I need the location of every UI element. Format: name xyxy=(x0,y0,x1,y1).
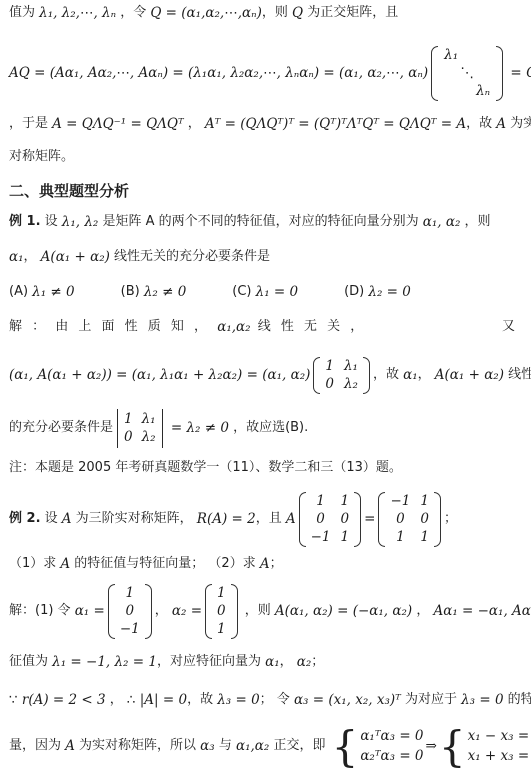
text-run: ，于是 xyxy=(9,116,52,132)
example1-determinant-line: 的充分必要条件是 1λ₁ 0λ₂ = λ₂ ≠ 0 ，故应选(B). xyxy=(9,409,529,448)
matrix-cell: λ₁ xyxy=(344,358,358,375)
math-run: A(α₁ + α₂) xyxy=(41,249,110,266)
math-run: λ₁, λ₂,⋯, λₙ xyxy=(39,5,116,22)
matrix-cells: 1λ₁ 0λ₂ xyxy=(322,357,361,394)
equation-system-x: { x₁ − x₃ = 0 x₁ + x₃ = 0 xyxy=(439,728,531,765)
text-run: 对称矩阵。 xyxy=(9,149,74,165)
det-cell: λ₂ xyxy=(142,429,156,446)
matrix-cell: λ₁ xyxy=(444,47,458,64)
vector-alpha2: 1 0 1 xyxy=(205,584,238,639)
vector-cell: 1 xyxy=(217,621,226,638)
right-paren xyxy=(145,584,152,639)
vector-cell: 1 xyxy=(217,585,226,602)
vector-alpha1: 1 0 −1 xyxy=(108,584,152,639)
example1-solution-formula: (α₁, A(α₁ + α₂)) = (α₁, λ₁α₁ + λ₂α₂) = (… xyxy=(9,357,529,394)
example2-solution-vectors: 解：(1) 令 α₁ = 1 0 −1 ， α₂ = 1 0 1 ，则 A(α₁… xyxy=(9,584,529,639)
math-run: λ₁, λ₂ xyxy=(62,214,99,231)
text-run: ， xyxy=(106,692,127,708)
det-cell: λ₁ xyxy=(142,411,156,428)
matrix-cell: 1 xyxy=(341,493,350,510)
matrix-cell: 0 xyxy=(325,376,334,393)
system-equation: α₂ᵀα₃ = 0 xyxy=(360,748,423,765)
math-run: Aᵀ = (QΛQᵀ)ᵀ = (Qᵀ)ᵀΛᵀQᵀ = QΛQᵀ = A xyxy=(205,116,466,133)
math-run: A xyxy=(62,511,72,528)
text-run: 为对应于 xyxy=(401,692,461,708)
text-run: 设 xyxy=(41,214,62,230)
matrix-cell: 1 xyxy=(325,358,334,375)
example2-label: 例 2. xyxy=(9,511,41,527)
text-run: ， xyxy=(280,654,297,670)
text-run: 解：(1) 令 xyxy=(9,603,75,619)
math-run: α₃ xyxy=(200,738,215,755)
example1-options-row: (A) λ₁ ≠ 0 (B) λ₂ ≠ 0 (C) λ₁ = 0 (D) λ₂ … xyxy=(9,284,529,301)
determinant-2x2: 1λ₁ 0λ₂ xyxy=(117,409,163,448)
matrix-cell: 0 xyxy=(396,511,405,528)
text-run: ，对应特征向量为 xyxy=(157,654,265,670)
vector-cell: 1 xyxy=(125,585,134,602)
example2-eigenvalues-line: 征值为 λ₁ = −1, λ₂ = 1，对应特征向量为 α₁， α₂； xyxy=(9,654,529,671)
matrix-cell: 1 xyxy=(420,529,429,546)
matrix-cell: −1 xyxy=(390,493,410,510)
right-paren xyxy=(363,357,370,394)
system-equation: α₁ᵀα₃ = 0 xyxy=(360,728,423,745)
math-run: ∴ |A| = 0 xyxy=(127,692,187,709)
matrix-2x2-lambda: 1λ₁ 0λ₂ xyxy=(313,357,370,394)
formula-aq-diagonalization: AQ = (Aα₁, Aα₂,⋯, Aαₙ) = (λ₁α₁, λ₂α₂,⋯, … xyxy=(9,46,529,101)
vector-cell: −1 xyxy=(120,621,140,638)
example1-statement-line1: 例 1. 设 λ₁, λ₂ 是矩阵 A 的两个不同的特征值，对应的特征向量分别为… xyxy=(9,214,529,231)
text-run: 线 性 无 关 ， xyxy=(251,319,367,335)
equals-sign: = xyxy=(364,511,375,528)
text-run: ，则 xyxy=(460,214,490,230)
text-run: 的充分必要条件是 xyxy=(9,420,113,436)
math-run: A xyxy=(60,556,70,573)
option-b-label: (B) xyxy=(121,284,144,300)
right-paren xyxy=(231,584,238,639)
left-paren xyxy=(431,46,438,101)
right-paren xyxy=(496,46,503,101)
option-b: (B) λ₂ ≠ 0 xyxy=(121,284,187,301)
option-c-math: λ₁ = 0 xyxy=(256,284,298,301)
math-run: R(A) = 2 xyxy=(197,511,256,528)
math-run: α₁,α₂ xyxy=(236,738,269,755)
text-run: ， xyxy=(418,367,435,383)
math-run: A xyxy=(286,511,296,528)
left-brace-icon: { xyxy=(439,729,466,765)
math-run: A(α₁ + α₂) xyxy=(435,367,504,384)
det-cell: 1 xyxy=(124,411,133,428)
option-c-label: (C) xyxy=(232,284,255,300)
math-run: A xyxy=(65,738,75,755)
math-run: λ₁ = −1, λ₂ = 1 xyxy=(52,654,157,671)
text-run: 为正交矩阵，且 xyxy=(303,5,398,21)
paragraph-symmetry-proof: ，于是 A = QΛQ⁻¹ = QΛQᵀ ， Aᵀ = (QΛQᵀ)ᵀ = (Q… xyxy=(9,116,529,133)
math-run: α₂ = xyxy=(172,603,202,620)
option-d-label: (D) xyxy=(344,284,368,300)
math-run: A = QΛQ⁻¹ = QΛQᵀ xyxy=(52,116,184,133)
text-run: ，令 xyxy=(116,5,150,21)
math-run: = λ₂ ≠ 0 xyxy=(167,420,229,437)
right-paren xyxy=(354,492,361,547)
text-run: ， xyxy=(412,603,433,619)
option-d-math: λ₂ = 0 xyxy=(368,284,410,301)
text-run: ，故 xyxy=(187,692,217,708)
math-run: Q = (α₁,α₂,⋯,αₙ) xyxy=(150,5,262,22)
system-rows: x₁ − x₃ = 0 x₁ + x₃ = 0 xyxy=(468,728,531,765)
math-run: α₁ xyxy=(403,367,418,384)
matrix-cells: 1 0 −1 xyxy=(117,584,143,639)
math-run: λ₃ = 0 xyxy=(461,692,503,709)
text-run: ， xyxy=(184,116,205,132)
text-run: 线性无关的充分必要条件是 xyxy=(110,249,270,265)
left-paren xyxy=(299,492,306,547)
text-run: ； xyxy=(311,654,324,670)
matrix-cell: 0 xyxy=(420,511,429,528)
math-run: A(α₁, α₂) = (−α₁, α₂) xyxy=(275,603,412,620)
option-a: (A) λ₁ ≠ 0 xyxy=(9,284,75,301)
example2-questions: （1）求 A 的特征值与特征向量； （2）求 A； xyxy=(9,556,529,573)
option-a-math: λ₁ ≠ 0 xyxy=(32,284,74,301)
matrix-cell: ⋱ xyxy=(460,65,474,82)
matrix-cell: 1 xyxy=(420,493,429,510)
math-run: α₃ = (x₁, x₂, x₃)ᵀ xyxy=(294,692,401,709)
text-run: ，故 xyxy=(373,367,403,383)
text-run: 正交，即 xyxy=(269,738,329,754)
matrix-cell: 1 xyxy=(341,529,350,546)
text-run: 值为 xyxy=(9,5,39,21)
right-paren xyxy=(434,492,441,547)
vector-cell: 0 xyxy=(125,603,134,620)
section-heading-typical-problems: 二、典型题型分析 xyxy=(9,182,529,201)
matrix-cell: 1 xyxy=(396,529,405,546)
text-run: ，则 xyxy=(262,5,292,21)
example1-solution-line1: 解 ： 由 上 面 性 质 知 ， α₁,α₂ 线 性 无 关 ，又 xyxy=(9,319,529,336)
text-run: ； xyxy=(270,556,283,572)
matrix-3x2-left: 11 00 −11 xyxy=(299,492,362,547)
left-paren xyxy=(313,357,320,394)
text-run: ，故应选(B). xyxy=(229,420,308,436)
math-run: α₁, α₂ xyxy=(423,214,461,231)
matrix-cell: 0 xyxy=(341,511,350,528)
text-run: 为实对称矩阵，所以 xyxy=(75,738,200,754)
math-run: (α₁, A(α₁ + α₂)) = (α₁, λ₁α₁ + λ₂α₂) = (… xyxy=(9,367,310,384)
example1-statement-line2: α₁， A(α₁ + α₂) 线性无关的充分必要条件是 xyxy=(9,249,529,266)
math-run: A xyxy=(260,556,270,573)
math-run: α₁,α₂ xyxy=(217,319,250,336)
system-equation: x₁ + x₃ = 0 xyxy=(468,748,531,765)
math-run: λ₃ = 0 xyxy=(217,692,259,709)
math-run: A xyxy=(496,116,506,133)
paragraph-orthogonal-intro: 值为 λ₁, λ₂,⋯, λₙ ，令 Q = (α₁,α₂,⋯,αₙ)，则 Q … xyxy=(9,5,529,22)
math-run: Aα₁ = −α₁, Aα₂ = α₂ xyxy=(433,603,531,620)
left-paren xyxy=(108,584,115,639)
matrix-cells: 11 00 −11 xyxy=(308,492,353,547)
system-equation: x₁ − x₃ = 0 xyxy=(468,728,531,745)
text-run: ； 令 xyxy=(260,692,294,708)
matrix-cell: −1 xyxy=(311,529,331,546)
math-run: = QΛ xyxy=(506,65,531,82)
text-run: 的特征向 xyxy=(504,692,531,708)
vector-cell: 0 xyxy=(217,603,226,620)
math-run: Q xyxy=(292,5,303,22)
text-run: 又 xyxy=(502,319,515,335)
matrix-cell: λₙ xyxy=(476,83,490,100)
diagonal-lambda-matrix: λ₁ ⋱ λₙ xyxy=(431,46,503,101)
option-c: (C) λ₁ = 0 xyxy=(232,284,298,301)
text-run: ， xyxy=(24,249,41,265)
text-run: 量，因为 xyxy=(9,738,65,754)
matrix-cell: 1 xyxy=(316,493,325,510)
text-run: 设 xyxy=(41,511,62,527)
text-run: ， xyxy=(155,603,172,619)
text-run: 征值为 xyxy=(9,654,52,670)
option-d: (D) λ₂ = 0 xyxy=(344,284,411,301)
left-paren xyxy=(378,492,385,547)
document-page: 值为 λ₁, λ₂,⋯, λₙ ，令 Q = (α₁,α₂,⋯,αₙ)，则 Q … xyxy=(0,0,531,780)
text-run: 是矩阵 A 的两个不同的特征值，对应的特征向量分别为 xyxy=(98,214,422,230)
math-run: α₁ xyxy=(265,654,280,671)
matrix-cell: λ₂ xyxy=(344,376,358,393)
text-run: ； xyxy=(444,511,457,527)
equation-system-alpha: { α₁ᵀα₃ = 0 α₂ᵀα₃ = 0 xyxy=(332,728,424,765)
text-run: ，且 xyxy=(256,511,286,527)
note-exam-source: 注：本题是 2005 年考研真题数学一（11）、数学二和三（13）题。 xyxy=(9,460,529,476)
option-a-label: (A) xyxy=(9,284,32,300)
text-run: 线性无关 xyxy=(504,367,531,383)
matrix-cells: λ₁ ⋱ λₙ xyxy=(440,46,494,101)
text-run: 为实 xyxy=(506,116,531,132)
math-run: α₂ xyxy=(297,654,312,671)
paragraph-symmetric-matrix-end: 对称矩阵。 xyxy=(9,149,529,165)
math-run: AQ = (Aα₁, Aα₂,⋯, Aαₙ) = (λ₁α₁, λ₂α₂,⋯, … xyxy=(9,65,428,82)
text-run: 注：本题是 2005 年考研真题数学一（11）、数学二和三（13）题。 xyxy=(9,460,402,476)
option-b-math: λ₂ ≠ 0 xyxy=(144,284,186,301)
matrix-cell: 0 xyxy=(316,511,325,528)
det-cell: 0 xyxy=(124,429,133,446)
math-run: ∵ r(A) = 2 < 3 xyxy=(9,692,106,709)
example2-statement: 例 2. 设 A 为三阶实对称矩阵， R(A) = 2，且 A 11 00 −1… xyxy=(9,492,529,547)
left-brace-icon: { xyxy=(332,729,359,765)
matrix-3x2-right: −11 00 11 xyxy=(378,492,441,547)
math-run: α₁ = xyxy=(75,603,105,620)
text-run: ，故 xyxy=(466,116,496,132)
matrix-cells: −11 00 11 xyxy=(387,492,432,547)
example2-orthogonality-line: 量，因为 A 为实对称矩阵，所以 α₃ 与 α₁,α₂ 正交，即 { α₁ᵀα₃… xyxy=(9,728,529,765)
heading-text: 二、典型题型分析 xyxy=(9,182,129,201)
math-run: α₁ xyxy=(9,249,24,266)
text-run: 的特征值与特征向量； （2）求 xyxy=(70,556,260,572)
text-run: 与 xyxy=(215,738,236,754)
left-paren xyxy=(205,584,212,639)
text-run: （1）求 xyxy=(9,556,60,572)
text-run: 为三阶实对称矩阵， xyxy=(72,511,197,527)
matrix-cells: 1 0 1 xyxy=(214,584,229,639)
example2-rank-line: ∵ r(A) = 2 < 3 ， ∴ |A| = 0，故 λ₃ = 0； 令 α… xyxy=(9,692,529,709)
example1-label: 例 1. xyxy=(9,214,41,230)
text-run: 解 ： 由 上 面 性 质 知 ， xyxy=(9,319,217,335)
implies-arrow-icon: ⇒ xyxy=(426,738,437,755)
text-run: ，则 xyxy=(241,603,275,619)
system-rows: α₁ᵀα₃ = 0 α₂ᵀα₃ = 0 xyxy=(360,728,423,765)
